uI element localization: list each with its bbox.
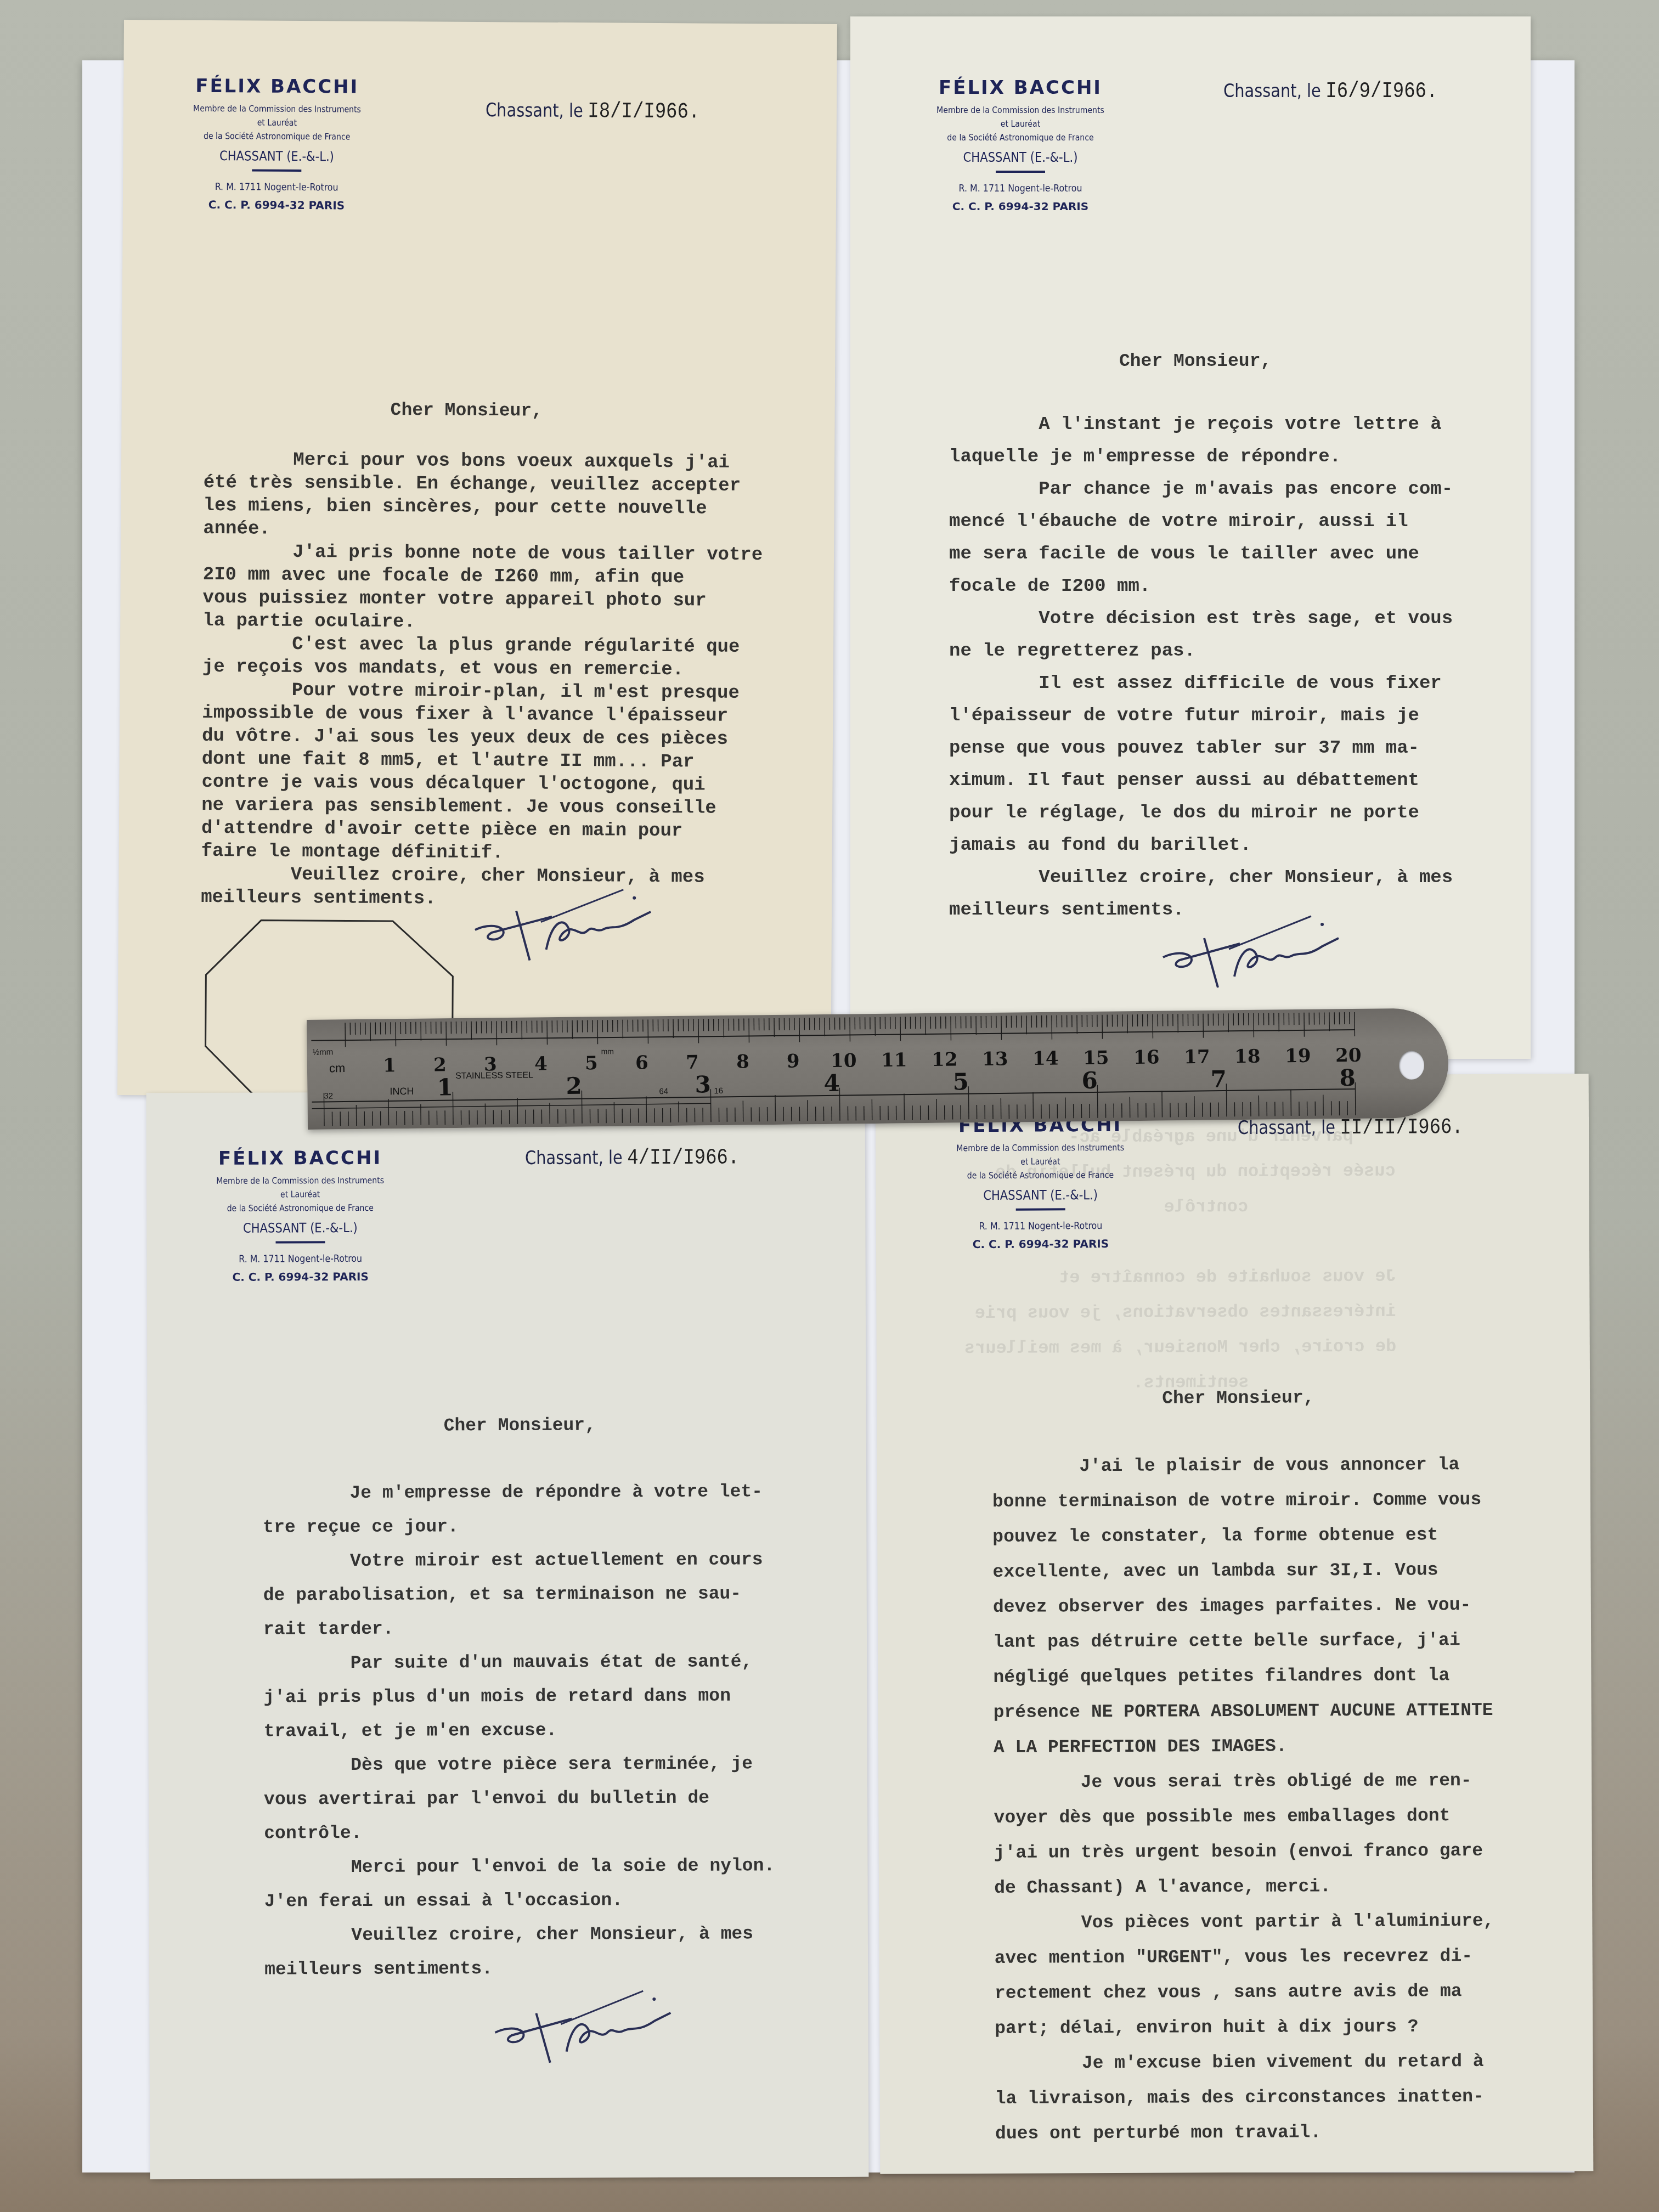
letterhead-city: CHASSANT (E.-&-L.): [151, 148, 403, 165]
letterhead-name: FÉLIX BACCHI: [878, 77, 1163, 99]
paragraph: Vos pièces vont partir à l'aluminiure, a…: [994, 1904, 1494, 2046]
svg-text:6: 6: [1081, 1067, 1098, 1094]
letterhead: FÉLIX BACCHIMembre de la Commission des …: [157, 1147, 443, 1284]
paragraph: Je m'excuse bien vivement du retard à la…: [995, 2044, 1495, 2152]
svg-text:11: 11: [881, 1049, 907, 1071]
svg-text:2: 2: [566, 1073, 582, 1099]
paragraph: Merci pour l'envoi de la soie de nylon. …: [264, 1849, 775, 1918]
letterhead-rule: [252, 169, 301, 172]
svg-text:STAINLESS STEEL: STAINLESS STEEL: [455, 1071, 533, 1081]
letter-date: I8/I/I966.: [588, 99, 699, 125]
svg-text:6: 6: [635, 1052, 648, 1074]
letterhead-title-line: de la Société Astronomique de France: [895, 131, 1146, 144]
svg-text:1: 1: [437, 1074, 453, 1101]
svg-text:15: 15: [1083, 1047, 1109, 1069]
date-line: Chassant, le4/II/I966.: [525, 1146, 740, 1171]
letter-body: A l'instant je reçois votre lettre à laq…: [949, 409, 1453, 927]
show-through-text: parvenir d'une agréable ac- cusée récept…: [963, 1118, 1438, 1401]
svg-text:cm: cm: [329, 1061, 346, 1075]
paragraph: Pour votre miroir-plan, il m'est presque…: [201, 679, 762, 866]
date-prefix: Chassant, le: [1223, 80, 1321, 102]
paragraph: Par suite d'un mauvais état de santé, j'…: [263, 1645, 774, 1748]
letterhead-title-line: et Lauréat: [174, 1187, 426, 1202]
letterhead-rm: R. M. 1711 Nogent-le-Rotrou: [151, 180, 402, 194]
svg-text:17: 17: [1184, 1046, 1210, 1068]
paragraph: Par chance je m'avais pas encore com- me…: [949, 473, 1453, 603]
svg-text:INCH: INCH: [390, 1086, 414, 1097]
handwritten-signature: [469, 878, 678, 972]
svg-text:14: 14: [1032, 1048, 1059, 1070]
letterhead-rm: R. M. 1711 Nogent-le-Rotrou: [175, 1253, 426, 1266]
letterhead-title-line: et Lauréat: [895, 117, 1146, 131]
date-line: Chassant, leI8/I/I966.: [486, 99, 700, 125]
paragraph: J'ai le plaisir de vous annoncer la bonn…: [992, 1447, 1493, 1765]
svg-text:20: 20: [1335, 1045, 1362, 1066]
ruler-hang-hole: [1399, 1051, 1425, 1080]
paragraph: Votre miroir est actuellement en cours d…: [263, 1543, 774, 1646]
letter-1966-02-04: FÉLIX BACCHIMembre de la Commission des …: [146, 1091, 869, 2180]
letterhead-title-line: et Lauréat: [151, 115, 403, 130]
svg-text:16: 16: [714, 1086, 723, 1096]
paragraph: Dès que votre pièce sera terminée, je vo…: [264, 1747, 775, 1850]
svg-text:64: 64: [659, 1087, 668, 1096]
svg-text:7: 7: [1210, 1065, 1227, 1092]
date-line: Chassant, leI6/9/I966.: [1223, 80, 1437, 104]
letterhead-title-line: Membre de la Commission des Instruments: [895, 103, 1146, 117]
letterhead-ccp: C. C. P. 6994-32 PARIS: [158, 1269, 443, 1284]
salutation: Cher Monsieur,: [391, 400, 543, 421]
letterhead: FÉLIX BACCHIMembre de la Commission des …: [878, 77, 1163, 213]
steel-ruler: 1234567891011121314151617181920½mmcmmm12…: [307, 1008, 1449, 1130]
paragraph: Merci pour vos bons voeux auxquels j'ai …: [203, 448, 763, 544]
letterhead-ccp: C. C. P. 6994-32 PARIS: [878, 200, 1163, 213]
letterhead-rm: R. M. 1711 Nogent-le-Rotrou: [895, 183, 1146, 194]
paragraph: Je vous serai très obligé de me ren- voy…: [994, 1763, 1494, 1906]
paragraph: J'ai pris bonne note de vous tailler vot…: [202, 540, 763, 636]
svg-text:4: 4: [823, 1070, 840, 1097]
letterhead-title-line: Membre de la Commission des Instruments: [174, 1173, 426, 1188]
paragraph: Votre décision est très sage, et vous ne…: [949, 603, 1453, 668]
letter-1966-01-18: FÉLIX BACCHIMembre de la Commission des …: [117, 20, 837, 1099]
salutation: Cher Monsieur,: [1162, 1387, 1314, 1408]
letterhead-title-line: de la Société Astronomique de France: [174, 1201, 426, 1216]
handwritten-signature: [1158, 905, 1366, 998]
date-prefix: Chassant, le: [486, 99, 583, 122]
svg-text:8: 8: [736, 1051, 749, 1073]
svg-text:mm: mm: [601, 1047, 614, 1056]
svg-text:2: 2: [433, 1054, 447, 1076]
svg-text:½mm: ½mm: [313, 1047, 334, 1057]
svg-text:10: 10: [831, 1049, 857, 1071]
letterhead-name: FÉLIX BACCHI: [157, 1147, 443, 1170]
letter-body: Merci pour vos bons voeux auxquels j'ai …: [201, 448, 763, 912]
letter-date: 4/II/I966.: [627, 1146, 739, 1171]
letterhead-city: CHASSANT (E.-&-L.): [175, 1220, 426, 1237]
letterhead-rule: [275, 1241, 325, 1243]
svg-text:32: 32: [324, 1091, 333, 1101]
date-prefix: Chassant, le: [525, 1147, 623, 1169]
svg-text:16: 16: [1133, 1047, 1160, 1069]
letter-1966-09-16: FÉLIX BACCHIMembre de la Commission des …: [850, 16, 1531, 1059]
svg-text:18: 18: [1234, 1046, 1261, 1068]
svg-text:19: 19: [1285, 1045, 1311, 1067]
letterhead-title-line: Membre de la Commission des Instruments: [151, 101, 403, 116]
svg-text:4: 4: [534, 1053, 548, 1075]
handwritten-signature: [489, 1980, 698, 2074]
ruler-markings: 1234567891011121314151617181920½mmcmmm12…: [307, 1008, 1449, 1130]
svg-text:5: 5: [952, 1068, 969, 1095]
letterhead-ccp: C. C. P. 6994-32 PARIS: [134, 198, 419, 212]
svg-text:1: 1: [383, 1054, 396, 1076]
paragraph: A l'instant je reçois votre lettre à laq…: [949, 409, 1453, 473]
salutation: Cher Monsieur,: [444, 1415, 596, 1436]
letterhead: FÉLIX BACCHIMembre de la Commission des …: [134, 75, 420, 212]
paragraph: Il est assez difficile de vous fixer l'é…: [949, 668, 1453, 862]
svg-text:12: 12: [932, 1048, 958, 1070]
svg-text:5: 5: [585, 1052, 598, 1074]
paragraph: Je m'empresse de répondre à votre let- t…: [263, 1475, 774, 1544]
letter-body: J'ai le plaisir de vous annoncer la bonn…: [992, 1447, 1496, 2152]
letterhead-city: CHASSANT (E.-&-L.): [895, 150, 1146, 165]
svg-text:3: 3: [695, 1071, 711, 1098]
letter-date: I6/9/I966.: [1325, 80, 1437, 104]
letter-1966-02-11: FÉLIX BACCHIMembre de la Commission des …: [876, 1074, 1594, 2174]
paragraph: C'est avec la plus grande régularité que…: [202, 633, 763, 682]
svg-text:7: 7: [686, 1051, 699, 1073]
paragraph: Veuillez croire, cher Monsieur, à mes me…: [264, 1917, 775, 1987]
svg-text:13: 13: [982, 1048, 1008, 1070]
salutation: Cher Monsieur,: [1119, 351, 1271, 371]
svg-text:9: 9: [787, 1050, 800, 1072]
letterhead-title-line: de la Société Astronomique de France: [151, 128, 403, 144]
letterhead-name: FÉLIX BACCHI: [134, 75, 420, 98]
letterhead-rule: [996, 171, 1045, 173]
svg-text:8: 8: [1339, 1064, 1356, 1091]
letter-body: Je m'empresse de répondre à votre let- t…: [263, 1475, 775, 1987]
